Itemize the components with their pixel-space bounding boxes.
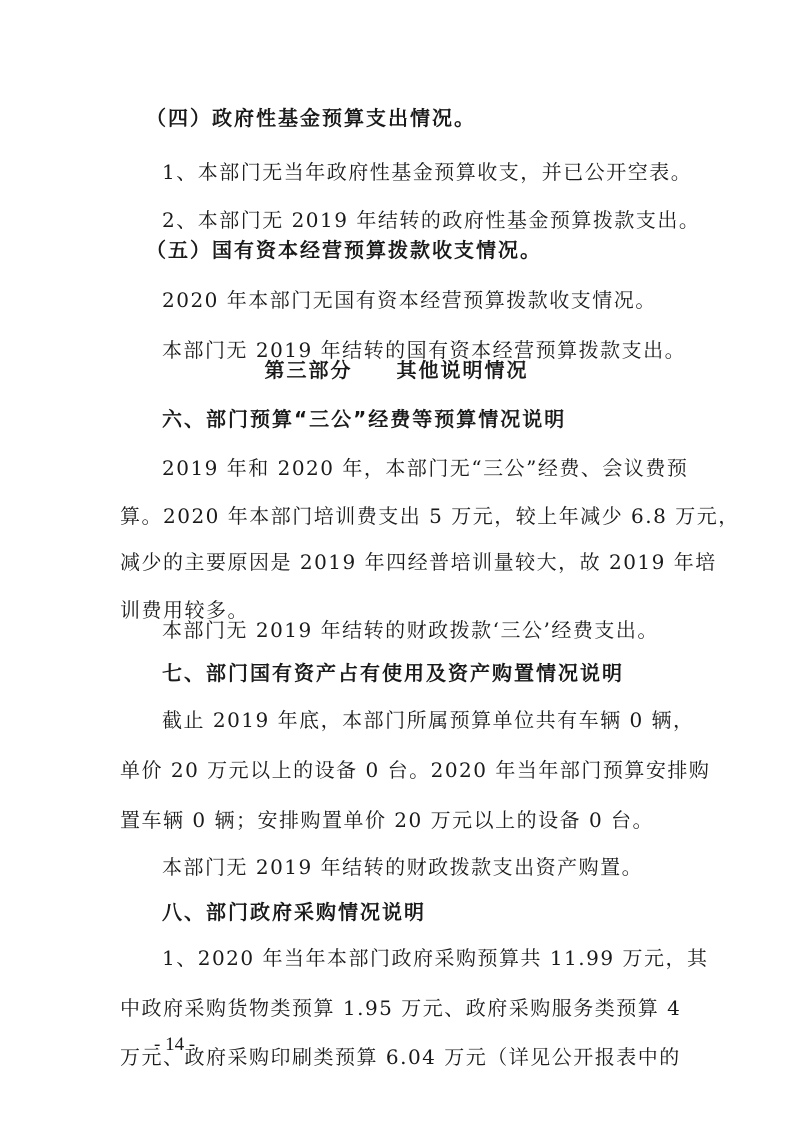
page-number: - 14 - <box>154 1034 195 1056</box>
heading-section-5: （五）国有资本经营预算拨款收支情况。 <box>146 236 542 264</box>
heading-seven: 七、部门国有资产占有使用及资产购置情况说明 <box>162 659 624 687</box>
heading-section-4: （四）政府性基金预算支出情况。 <box>146 104 476 132</box>
para-line: 减少的主要原因是 2019 年四经普培训量较大，故 2019 年培 <box>120 548 717 576</box>
para-line: 1、本部门无当年政府性基金预算收支，并已公开空表。 <box>162 158 692 186</box>
heading-eight: 八、部门政府采购情况说明 <box>162 898 426 926</box>
para-line: 2、本部门无 2019 年结转的政府性基金预算拨款支出。 <box>162 206 700 234</box>
para-line: 截止 2019 年底，本部门所属预算单位共有车辆 0 辆， <box>162 706 695 734</box>
para-line: 2019 年和 2020 年，本部门无“三公”经费、会议费预 <box>162 454 688 482</box>
para-line: 算。2020 年本部门培训费支出 5 万元，较上年减少 6.8 万元， <box>120 502 740 530</box>
para-line: 中政府采购货物类预算 1.95 万元、政府采购服务类预算 4 <box>120 994 681 1022</box>
para-line: 1、2020 年当年本部门政府采购预算共 11.99 万元，其 <box>162 944 708 972</box>
para-line: 单价 20 万元以上的设备 0 台。2020 年当年部门预算安排购 <box>120 756 710 784</box>
para-line: 本部门无 2019 年结转的财政拨款‘三公’经费支出。 <box>162 616 659 644</box>
para-line: 本部门无 2019 年结转的财政拨款支出资产购置。 <box>162 853 643 881</box>
para-line: 万元、政府采购印刷类预算 6.04 万元（详见公开报表中的 <box>120 1043 681 1071</box>
para-line: 2020 年本部门无国有资本经营预算拨款收支情况。 <box>162 286 657 314</box>
para-line: 置车辆 0 辆；安排购置单价 20 万元以上的设备 0 台。 <box>120 806 654 834</box>
part-three-title: 第三部分 其他说明情况 <box>0 356 793 384</box>
heading-six: 六、部门预算“三公”经费等预算情况说明 <box>162 405 566 433</box>
